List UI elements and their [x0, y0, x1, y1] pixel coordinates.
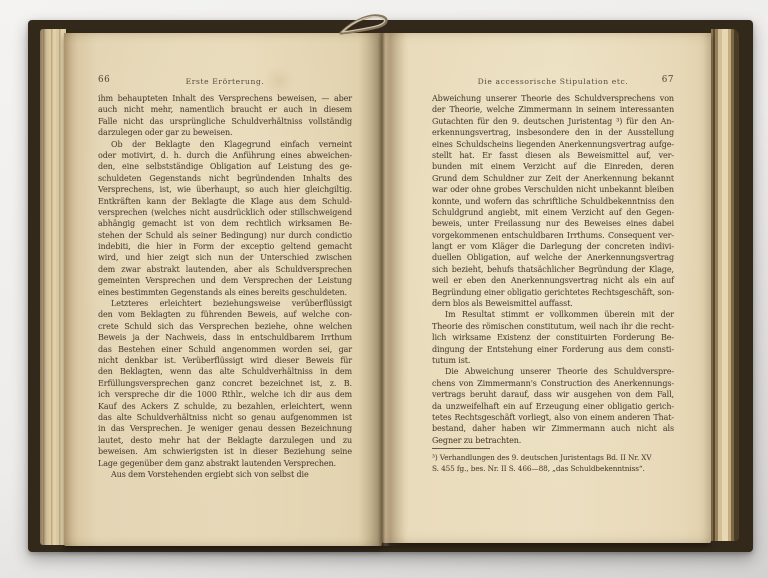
text-line: crete Schuld sich das Versprechen bezieh… — [98, 321, 352, 332]
text-line: war oder ohne grobes Verschulden nicht u… — [432, 184, 674, 195]
text-line: dingung der Entstehung einer Forderung a… — [432, 344, 674, 355]
text-line: dem zwar abstrakt lautenden, aber als Sc… — [98, 264, 352, 275]
text-line: eines Schuldscheins liegenden Anerkennun… — [432, 139, 674, 150]
text-line: eines bestimmten Gegenstands als eines b… — [98, 287, 352, 298]
text-line: tutum ist. — [432, 355, 674, 366]
text-line: beweis, unter Freilassung nur des Beweis… — [432, 218, 674, 229]
text-line: nicht denkbar ist. Verüberflüssigt wird … — [98, 355, 352, 366]
text-line: Falle nicht das ursprüngliche Schuldverh… — [98, 116, 352, 127]
text-line: abhängig gemacht ist von dem rechtlich w… — [98, 218, 352, 229]
text-line: chens von Zimmermann's Construction des … — [432, 378, 674, 389]
text-line: Im Resultat stimmt er vollkommen überein… — [432, 309, 674, 320]
bookmark-thread — [333, 9, 411, 45]
paragraph: Im Resultat stimmt er vollkommen überein… — [432, 309, 674, 366]
left-page-text: ihm behaupteten Inhalt des Versprechens … — [98, 93, 352, 480]
text-line: das alte Schuldverhältniss nicht so gena… — [98, 412, 352, 423]
right-running-header-row: Die accessorische Stipulation etc. 67 — [432, 77, 674, 86]
text-line: Gegner zu betrachten. — [432, 435, 674, 446]
text-line: Entkräften kann der Beklagte die Klage a… — [98, 196, 352, 207]
footnote: ³) Verhandlungen des 9. deutschen Jurist… — [432, 448, 674, 474]
text-line: darzulegen oder gar zu beweisen. — [98, 127, 352, 138]
text-line: stehen der Schuld als seiner Bedingung) … — [98, 230, 352, 241]
right-page: Die accessorische Stipulation etc. 67 Ab… — [382, 33, 711, 543]
text-line: vertrags beruht darauf, dass wir ausgehe… — [432, 389, 674, 400]
book-scan: 66 Erste Erörterung. ihm behaupteten Inh… — [0, 0, 768, 578]
text-line: schuldeten Gegenstands nicht begründende… — [98, 173, 352, 184]
text-line: Ob der Beklagte den Klagegrund einfach v… — [98, 139, 352, 150]
text-line: Beweis ja der Nachweis, dass in entschul… — [98, 332, 352, 343]
paragraph: Die Abweichung unserer Theorie des Schul… — [432, 366, 674, 446]
text-line: wird, und hier zeigt sich nun der Unters… — [98, 252, 352, 263]
text-line: oder motivirt, d. h. durch die Anführung… — [98, 150, 352, 161]
text-line: der Theorie, welche Zimmermann in seinem… — [432, 104, 674, 115]
text-line: vorgekommenen entschuldbaren Irrthums. C… — [432, 230, 674, 241]
text-line: weil er eben den Anerkennungsvertrag nic… — [432, 275, 674, 286]
text-line: stellt hat. Er fasst diesen als Beweismi… — [432, 150, 674, 161]
right-page-text: Abweichung unserer Theorie des Schuldver… — [432, 93, 674, 474]
right-running-header: Die accessorische Stipulation etc. — [432, 77, 674, 86]
text-line: lautet, desto mehr hat der Beklagte darz… — [98, 435, 352, 446]
left-running-header: Erste Erörterung. — [98, 77, 352, 86]
left-running-header-row: 66 Erste Erörterung. — [98, 77, 352, 86]
paragraph: Aus dem Vorstehenden ergiebt sich von se… — [98, 469, 352, 480]
text-line: Lage gegenüber dem ganz abstrakt lautend… — [98, 458, 352, 469]
text-line: tetes Rechtsgeschäft vorliegt, also von … — [432, 412, 674, 423]
page-edges-right — [711, 29, 739, 541]
text-line: ich verspreche dir die 1000 Rthlr., welc… — [98, 389, 352, 400]
text-line: Aus dem Vorstehenden ergiebt sich von se… — [98, 469, 352, 480]
text-line: dern blos als Beweismittel auffasst. — [432, 298, 674, 309]
text-line: lich wirksame Existenz der constituirten… — [432, 332, 674, 343]
paragraph: Letzteres erleichtert beziehungsweise ve… — [98, 298, 352, 469]
page-edges-left — [40, 29, 66, 545]
text-line: da unzweifelhaft ein auf Erzeugung einer… — [432, 401, 674, 412]
paragraph: Abweichung unserer Theorie des Schuldver… — [432, 93, 674, 309]
text-line: auch nicht mehr, namentlich braucht er a… — [98, 104, 352, 115]
text-line: gemeinten Versprechen und dem Verspreche… — [98, 275, 352, 286]
right-page-number: 67 — [662, 75, 674, 85]
text-line: beweisen. Am schwierigsten ist in dieser… — [98, 446, 352, 457]
text-line: den Beklagten, wenn das alte Schuldverhä… — [98, 366, 352, 377]
text-line: Abweichung unserer Theorie des Schuldver… — [432, 93, 674, 104]
text-line: bestand, daher haben wir Zimmermann auch… — [432, 423, 674, 434]
text-line: ihm behaupteten Inhalt des Versprechens … — [98, 93, 352, 104]
text-line: Begründung einer obligatio gerichtetes R… — [432, 287, 674, 298]
text-line: Theorie des römischen constitutum, weil … — [432, 321, 674, 332]
left-page-number: 66 — [98, 75, 110, 85]
right-page-paragraphs: Abweichung unserer Theorie des Schuldver… — [432, 93, 674, 446]
text-line: Grund dem Schuldner zur Zeit der Anerken… — [432, 173, 674, 184]
text-line: in das Versprechen. Je weniger genau des… — [98, 423, 352, 434]
text-line: Schuldgrund angiebt, mit einem Verzicht … — [432, 207, 674, 218]
text-line: langt er vom Kläger die Darlegung der co… — [432, 241, 674, 252]
text-line: sich bezieht, behufs thatsächlicher Begr… — [432, 264, 674, 275]
footnote-line: ³) Verhandlungen des 9. deutschen Jurist… — [432, 453, 674, 463]
text-line: duellen Obligation, auf welche der Anerk… — [432, 252, 674, 263]
text-line: erkennungsvertrag, insbesondere den in d… — [432, 127, 674, 138]
text-line: den, eine selbstständige Obligation auf … — [98, 161, 352, 172]
text-line: Versprechens, ist, wie überhaupt, so auc… — [98, 184, 352, 195]
text-line: das Bestehen einer Schuld angenommen wor… — [98, 344, 352, 355]
text-line: den vom Beklagten zu führenden Beweis, a… — [98, 309, 352, 320]
book-cover: 66 Erste Erörterung. ihm behaupteten Inh… — [28, 20, 753, 552]
paragraph: ihm behaupteten Inhalt des Versprechens … — [98, 93, 352, 139]
text-line: Erfüllungsversprechen ganz concret bezei… — [98, 378, 352, 389]
text-line: indebiti, die hier in Form der exceptio … — [98, 241, 352, 252]
text-line: bunden mit einem Verzicht auf die Einred… — [432, 161, 674, 172]
footnote-separator — [432, 448, 490, 449]
text-line: versprechen (welches nicht ausdrücklich … — [98, 207, 352, 218]
text-line: Die Abweichung unserer Theorie des Schul… — [432, 366, 674, 377]
left-page: 66 Erste Erörterung. ihm behaupteten Inh… — [64, 33, 382, 546]
text-line: Letzteres erleichtert beziehungsweise ve… — [98, 298, 352, 309]
footnote-line: S. 455 fg., bes. Nr. II S. 466—88, „das … — [432, 464, 674, 474]
text-line: Kauf des Ackers Z schulde, zu bezahlen, … — [98, 401, 352, 412]
text-line: konnte, und wofern das schriftliche Schu… — [432, 196, 674, 207]
paragraph: Ob der Beklagte den Klagegrund einfach v… — [98, 139, 352, 298]
text-line: Gutachten für den 9. deutschen Juristent… — [432, 116, 674, 127]
